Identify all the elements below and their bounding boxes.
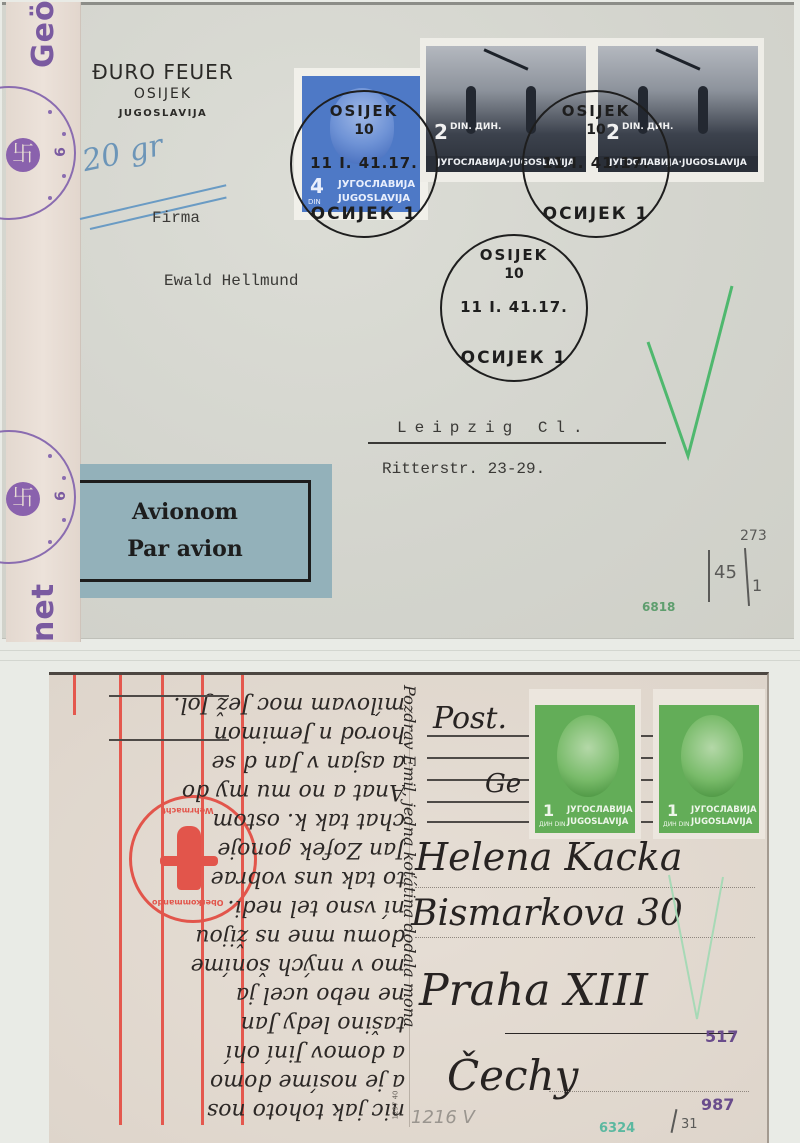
stamp-1-din-green: 1 ДИН DIN ЈУГОСЛАВИЈА JUGOSLAVIJA (529, 689, 641, 839)
censor-stamp-number: 6 (53, 147, 69, 157)
censor-handstamp-top: 卐 6 (0, 86, 76, 220)
stamp-value: 1 (667, 801, 678, 820)
addressee-street: Ritterstr. 23-29. (382, 460, 545, 478)
airmail-label-line1: Avionom (80, 499, 290, 525)
stamp-unit: ДИН DIN (663, 821, 689, 828)
handwritten-message: nic jak tohoto nos a je nosíme domo a do… (55, 685, 405, 1125)
album-page-line (0, 650, 800, 651)
pencil-fraction-left: 45 (714, 562, 737, 583)
airmail-label-line2: Par avion (80, 536, 290, 562)
sender-city: OSIJEK (68, 86, 258, 102)
green-crayon-mark (659, 871, 749, 1021)
postmark-osijek-clear: OSIJEK 10 11 I. 41.17. ОСИЈЕК 1 (440, 234, 588, 382)
censor-tape-text-bottom: net (26, 583, 61, 642)
album-page-line (0, 660, 800, 661)
stamp-country: ЈУГОСЛАВИЈА JUGOSLAVIJA (567, 804, 633, 828)
eagle-icon: 卐 (6, 482, 40, 516)
printer-mark: 1297 40 (391, 1091, 399, 1120)
sender-country: JUGOSLAVIJA (68, 108, 258, 119)
eagle-icon: 卐 (6, 138, 40, 172)
stamp-value: 2 (434, 120, 448, 144)
king-portrait (557, 715, 619, 797)
airmail-cover: Geö 卐 6 卐 6 net ĐURO FEUER OSIJEK JUGOSL… (2, 2, 794, 638)
king-portrait (681, 715, 743, 797)
stamp-country: ЈУГОСЛАВИЈА JUGOSLAVIJA (691, 804, 757, 828)
handwritten-ge: Ge (485, 769, 521, 799)
postmark-osijek: OSIJEK 10 11 I. 41.17. ОСИЈЕК 1 (522, 90, 670, 238)
green-check-mark (646, 284, 736, 464)
pencil-number: 1216 V (411, 1107, 475, 1128)
handwritten-post: Post. (433, 701, 507, 736)
pencil-fraction: 31 (681, 1117, 698, 1132)
censor-handstamp-bottom: 卐 6 (0, 430, 76, 564)
sender-imprint: ĐURO FEUER OSIJEK JUGOSLAVIJA (68, 60, 258, 119)
censor-stamp-number: 6 (53, 491, 69, 501)
stamp-value: 1 (543, 801, 554, 820)
recipient-street: Bismarkova 30 (411, 893, 683, 934)
address-underline (368, 442, 666, 444)
pencil-fraction-right: 1 (752, 576, 762, 595)
cover-edge (2, 2, 794, 5)
pencil-fraction-top: 273 (740, 528, 767, 544)
censor-number-517: 517 (705, 1027, 738, 1046)
censor-number-987: 987 (701, 1095, 734, 1114)
recipient-country: Čechy (447, 1051, 578, 1100)
addressee-city: Leipzig Cl. (397, 419, 591, 437)
sender-name: ĐURO FEUER (68, 60, 258, 84)
postcard: Wehrmacht Oberkommando nic jak tohoto no… (49, 672, 769, 1143)
addressee-line1: Firma (152, 209, 200, 227)
addressee-name: Ewald Hellmund (164, 272, 298, 290)
airplane-icon (483, 48, 528, 70)
recipient-city: Praha XIII (419, 965, 648, 1016)
censor-tape-text-top: Geö (26, 0, 61, 68)
stamp-1-din-green: 1 ДИН DIN ЈУГОСЛАВИЈА JUGOSLAVIJA (653, 689, 765, 839)
postmark-osijek: OSIJEK 10 11 I. 41.17. ОСИЈЕК 1 (290, 90, 438, 238)
recipient-name: Helena Kacka (415, 835, 682, 879)
teal-control-number: 6324 (599, 1121, 635, 1136)
green-control-number: 6818 (642, 600, 675, 614)
airmail-label: Avionom Par avion (80, 464, 332, 598)
stamp-unit: DIN. ДИН. (450, 122, 501, 132)
stamp-unit: ДИН DIN (539, 821, 565, 828)
airplane-icon (655, 48, 700, 70)
weight-note: 20 gr (79, 128, 166, 179)
